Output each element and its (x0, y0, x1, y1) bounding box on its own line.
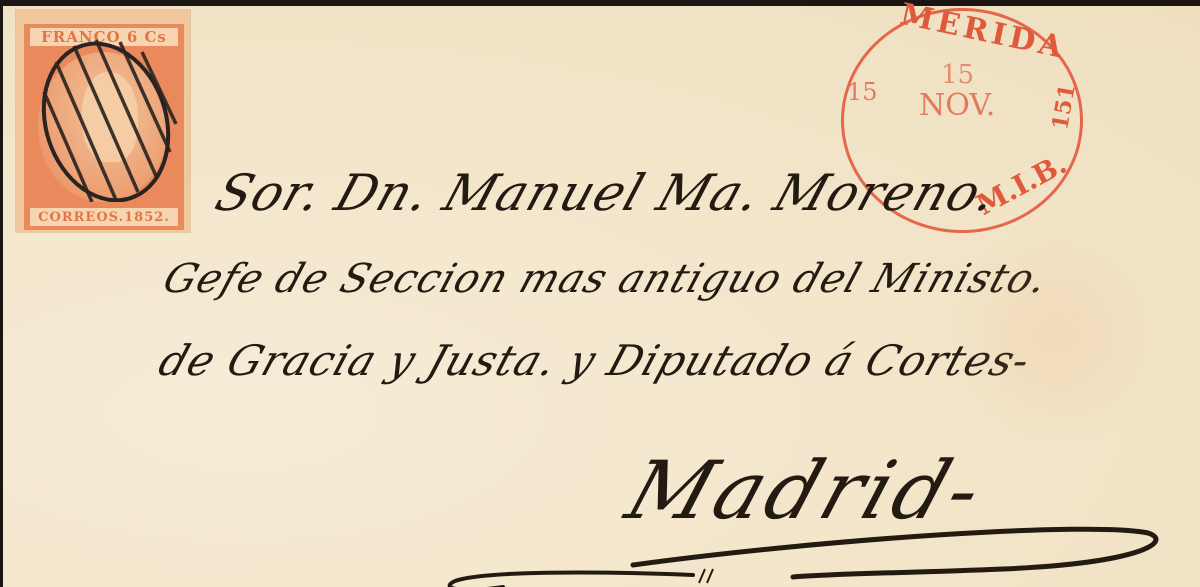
stamp-bottom-label: CORREOS.1852. (30, 208, 178, 226)
queen-portrait (82, 72, 138, 162)
postage-stamp: FRANCO 6 Cs CORREOS.1852. (16, 10, 190, 232)
postmark-bottom-text: M.I.B. (971, 147, 1072, 222)
grid-cancel-icon (34, 32, 184, 202)
address-line-3: de Gracia y Justa. y Diputado á Cortes- (153, 336, 1037, 385)
stamp-portrait-oval (38, 52, 168, 202)
postmark-right-text: 151 (1047, 82, 1081, 132)
postmark-ring (841, 8, 1083, 233)
postmark-left-numeral: 15 (847, 78, 878, 106)
stamp-frame: FRANCO 6 Cs CORREOS.1852. (24, 24, 184, 230)
address-line-1: Sor. Dn. Manuel Ma. Moreno. (209, 164, 1005, 222)
postmark-month: NOV. (919, 88, 995, 123)
merida-postmark: MERIDA 15 NOV. 15 M.I.B. 151 (841, 8, 1083, 233)
postmark-city: MERIDA (897, 0, 1069, 66)
underline-flourish-icon (443, 511, 1163, 587)
stamp-top-label: FRANCO 6 Cs (30, 28, 178, 46)
envelope: FRANCO 6 Cs CORREOS.1852. MERIDA 15 NOV.… (3, 6, 1200, 587)
address-line-2: Gefe de Seccion mas antiguo del Ministo. (158, 256, 1054, 302)
postmark-day: 15 (941, 60, 974, 90)
address-city: Madrid- (616, 444, 997, 537)
